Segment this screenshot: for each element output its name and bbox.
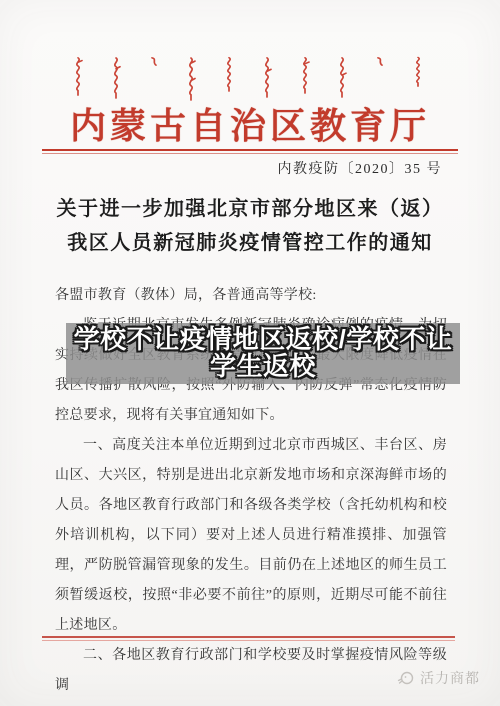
mongolian-glyph-icon xyxy=(72,56,84,96)
agency-name: 内蒙古自治区教育厅 xyxy=(0,98,500,149)
mongolian-script-row xyxy=(72,56,424,102)
scanned-document-page: 内蒙古自治区教育厅 内教疫防〔2020〕35 号 关于进一步加强北京市部分地区来… xyxy=(0,0,500,706)
mongolian-glyph-icon xyxy=(336,56,348,98)
doc-title: 关于进一步加强北京市部分地区来（返） 我区人员新冠肺炎疫情管控工作的通知 xyxy=(0,192,500,260)
mongolian-glyph-icon xyxy=(374,56,386,67)
mongolian-glyph-icon xyxy=(223,56,235,92)
watermark: 活力商都 xyxy=(397,668,480,688)
mongolian-glyph-icon xyxy=(412,56,424,87)
mongolian-glyph-icon xyxy=(110,56,122,99)
watermark-label: 活力商都 xyxy=(420,668,480,688)
mongolian-glyph-icon xyxy=(299,56,311,94)
salutation: 各盟市教育（教体）局，各普通高等学校: xyxy=(55,281,447,311)
doc-number: 内教疫防〔2020〕35 号 xyxy=(278,158,443,178)
mongolian-glyph-icon xyxy=(261,56,273,98)
header-rule xyxy=(42,149,458,154)
paragraph-2: 一、高度关注本单位近期到过北京市西城区、丰台区、房山区、大兴区，特别是进出北京新… xyxy=(55,431,447,641)
mongolian-glyph-icon xyxy=(148,56,160,67)
doc-title-line-1: 关于进一步加强北京市部分地区来（返） xyxy=(0,192,500,226)
watermark-logo-icon xyxy=(397,669,415,687)
doc-title-line-2: 我区人员新冠肺炎疫情管控工作的通知 xyxy=(0,226,500,260)
mongolian-glyph-icon xyxy=(185,56,197,101)
paragraph-3: 二、各地区教育行政部门和学校要及时掌握疫情风险等级调 xyxy=(55,641,447,701)
bottom-rule xyxy=(42,636,455,641)
caption-overlay: 学校不让疫情地区返校/学校不让学生返校 xyxy=(66,323,460,384)
